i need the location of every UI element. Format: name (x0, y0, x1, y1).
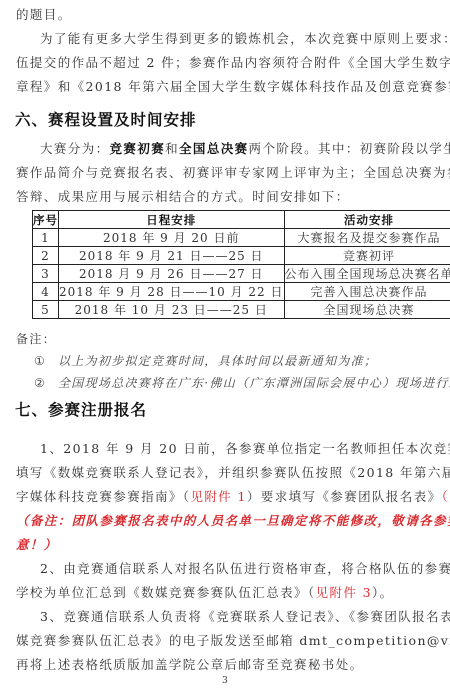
page-number: 3 (0, 676, 450, 686)
cell-index: 4 (33, 283, 59, 301)
cell-date: 2018 月 9 月 26 日——27 日 (59, 265, 285, 283)
note-text: 全国现场总决赛将在广东·佛山（广东潭洲国际会展中心）现场进行。 (58, 376, 450, 390)
paragraph-line: 3、竞赛通信联系人负责将《竞赛联系人登记表》、《参赛团队报名表》和《数 (40, 608, 450, 626)
paragraph-line: 填写《数媒竞赛联系人登记表》，并组织参赛队伍按照《2018 年第六届全国大学生数 (16, 464, 434, 482)
document-page: 的题目。 为了能有更多大学生得到更多的锻炼机会，本次竞赛中原则上要求：每个参赛队… (0, 0, 450, 693)
table-row: 2 2018 年 9 月 21 日——25 日 竞赛初评 (33, 247, 450, 265)
text-span: ）。 (372, 585, 394, 600)
cell-index: 1 (33, 229, 59, 247)
paragraph-line: 赛作品简介与竞赛报名表、初赛评审专家网上评审为主；全国总决赛为参赛学生现场 (16, 164, 434, 182)
paragraph-line: 学校为单位汇总到《数媒竞赛参赛队伍汇总表》（见附件 3）。 (16, 584, 434, 602)
cell-index: 2 (33, 247, 59, 265)
cell-index: 5 (33, 301, 59, 319)
note-text: 以上为初步拟定竞赛时间，具体时间以最新通知为准； (58, 354, 377, 368)
paragraph-line: 再将上述表格纸质版加盖学院公章后邮寄至竞赛秘书处。 (16, 656, 434, 674)
warning-note-line: （备注：团队参赛报名表中的人员名单一旦确定将不能修改，敬请各参赛团队特别注 (16, 512, 434, 530)
header-cell: 活动安排 (284, 211, 450, 229)
section-heading-schedule: 六、赛程设置及时间安排 (15, 110, 197, 130)
schedule-table: 序号 日程安排 活动安排 1 2018 年 9 月 20 日前 大赛报名及提交参… (32, 210, 450, 319)
attachment-ref-3: 见附件 3 (316, 585, 372, 600)
warning-note-line: 意！） (16, 536, 434, 554)
paragraph-line: 字媒体科技竞赛参赛指南》（见附件 1）要求填写《参赛团队报名表》（见附件 2） (16, 488, 434, 506)
cell-date: 2018 年 9 月 20 日前 (59, 229, 285, 247)
attachment-ref-2: （见附件 2） (442, 489, 450, 504)
paragraph-line: 伍提交的作品不超过 2 件；参赛作品内容须符合附件《全国大学生数字媒体科技竞赛 (16, 54, 434, 72)
text-span: 学校为单位汇总到《数媒竞赛参赛队伍汇总表》（ (16, 585, 316, 600)
cell-activity: 公布入围全国现场总决赛名单 (284, 265, 450, 283)
text-span: 两个阶段。其中：初赛阶段以学生网上提交参 (249, 141, 450, 156)
table-row: 3 2018 月 9 月 26 日——27 日 公布入围全国现场总决赛名单 (33, 265, 450, 283)
paragraph-line: 答辩、成果应用与展示相结合的方式。时间安排如下： (16, 188, 434, 206)
cell-index: 3 (33, 265, 59, 283)
header-cell: 日程安排 (59, 211, 285, 229)
note-number: ① (34, 352, 58, 370)
paragraph-line: 1、2018 年 9 月 20 日前，各参赛单位指定一名教师担任本次竞赛的通信联… (40, 440, 450, 458)
section-heading-registration: 七、参赛注册报名 (15, 400, 147, 420)
notes-label: 备注： (16, 330, 434, 348)
header-cell: 序号 (33, 211, 59, 229)
paragraph-line: 媒竞赛参赛队伍汇总表》的电子版发送至邮箱 dmt_competition@vip… (16, 632, 434, 650)
text-span: ）要求填写《参赛团队报名表》 (247, 489, 442, 504)
table-row: 4 2018 年 9 月 28 日——10 月 22 日 完善入围总决赛作品 (33, 283, 450, 301)
cell-date: 2018 年 10 月 23 日——25 日 (59, 301, 285, 319)
text-span: 大赛分为： (40, 141, 110, 156)
text-span: 和 (165, 141, 179, 156)
bold-term-preliminary: 竞赛初赛 (110, 141, 166, 156)
cell-activity: 完善入围总决赛作品 (284, 283, 450, 301)
note-item: ①以上为初步拟定竞赛时间，具体时间以最新通知为准； (34, 352, 377, 370)
table-header-row: 序号 日程安排 活动安排 (33, 211, 450, 229)
table-row: 1 2018 年 9 月 20 日前 大赛报名及提交参赛作品 (33, 229, 450, 247)
text-span: 字媒体科技竞赛参赛指南》（ (16, 489, 190, 504)
paragraph-line: 大赛分为：竞赛初赛和全国总决赛两个阶段。其中：初赛阶段以学生网上提交参 (40, 140, 450, 158)
note-number: ② (34, 374, 58, 392)
paragraph-line: 章程》和《2018 年第六届全国大学生数字媒体科技作品及创意竞赛参赛指南》 (16, 78, 434, 96)
attachment-ref-1: 见附件 1 (190, 489, 246, 504)
cell-activity: 大赛报名及提交参赛作品 (284, 229, 450, 247)
cell-activity: 全国现场总决赛 (284, 301, 450, 319)
paragraph-line: 2、由竞赛通信联系人对报名队伍进行资格审查，将合格队伍的参赛信息以参赛 (40, 560, 450, 578)
cell-activity: 竞赛初评 (284, 247, 450, 265)
paragraph-line: 为了能有更多大学生得到更多的锻炼机会，本次竞赛中原则上要求：每个参赛队 (40, 30, 450, 48)
table-row: 5 2018 年 10 月 23 日——25 日 全国现场总决赛 (33, 301, 450, 319)
note-item: ②全国现场总决赛将在广东·佛山（广东潭洲国际会展中心）现场进行。 (34, 374, 450, 392)
cell-date: 2018 年 9 月 28 日——10 月 22 日 (59, 283, 285, 301)
cell-date: 2018 年 9 月 21 日——25 日 (59, 247, 285, 265)
bold-term-final: 全国总决赛 (179, 141, 249, 156)
paragraph-line: 的题目。 (16, 6, 434, 24)
